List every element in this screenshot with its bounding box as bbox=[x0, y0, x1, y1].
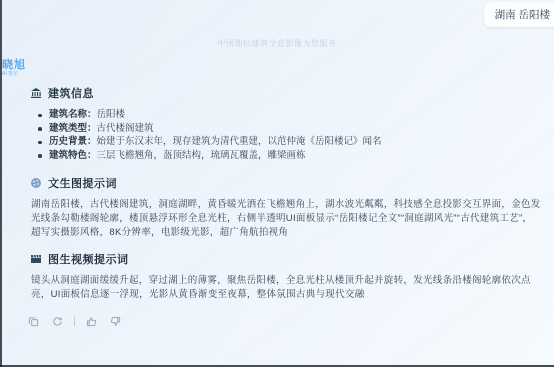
list-item: 历史背景：始建于东汉末年，现存建筑为清代重建，以范仲淹《岳阳楼记》闻名 bbox=[38, 135, 542, 149]
building-info-list: 建筑名称：岳阳楼 建筑类型：古代楼阁建筑 历史背景：始建于东汉末年，现存建筑为清… bbox=[38, 108, 542, 162]
clapperboard-icon bbox=[30, 253, 42, 265]
window-border-left bbox=[0, 0, 2, 367]
image2video-prompt: 镜头从洞庭湖面缓缓升起，穿过湖上的薄雾，聚焦岳阳楼，全息光柱从楼顶升起并旋转，发… bbox=[31, 274, 542, 302]
section-building-info: 建筑信息 bbox=[30, 85, 542, 101]
item-label: 历史背景： bbox=[49, 136, 97, 147]
service-watermark: 中国地标建筑全息影像为您服务 bbox=[0, 38, 554, 49]
user-message-bubble: 湖南 岳阳楼 bbox=[484, 2, 554, 27]
like-icon[interactable] bbox=[84, 314, 99, 329]
action-divider bbox=[74, 316, 75, 326]
assistant-response: 建筑信息 建筑名称：岳阳楼 建筑类型：古代楼阁建筑 历史背景：始建于东汉末年，现… bbox=[30, 85, 542, 329]
item-value: 始建于东汉末年，现存建筑为清代重建，以范仲淹《岳阳楼记》闻名 bbox=[97, 136, 382, 147]
list-item: 建筑名称：岳阳楼 bbox=[38, 108, 542, 122]
section-image2video: 图生视频提示词 bbox=[30, 251, 542, 267]
app-logo-name: 晓旭 bbox=[2, 60, 26, 72]
section-title: 文生图提示词 bbox=[48, 175, 117, 191]
palette-icon bbox=[30, 177, 42, 189]
section-title: 图生视频提示词 bbox=[48, 251, 129, 267]
app-logo: 晓旭 AI笔记 bbox=[2, 60, 26, 77]
section-title: 建筑信息 bbox=[48, 85, 94, 101]
copy-icon[interactable] bbox=[26, 314, 41, 329]
user-message-text: 湖南 岳阳楼 bbox=[495, 9, 550, 21]
item-value: 岳阳楼 bbox=[97, 109, 126, 120]
item-value: 三层飞檐翘角，盔顶结构，琉璃瓦覆盖，雕梁画栋 bbox=[97, 150, 306, 161]
item-label: 建筑名称： bbox=[49, 109, 97, 120]
list-item: 建筑特色：三层飞檐翘角，盔顶结构，琉璃瓦覆盖，雕梁画栋 bbox=[38, 149, 542, 163]
item-label: 建筑类型： bbox=[49, 123, 97, 134]
response-action-bar bbox=[26, 314, 542, 329]
dislike-icon[interactable] bbox=[108, 314, 123, 329]
item-label: 建筑特色： bbox=[49, 150, 97, 161]
app-logo-subtitle: AI笔记 bbox=[2, 72, 26, 77]
item-value: 古代楼阁建筑 bbox=[97, 123, 154, 134]
text2image-prompt: 湖南岳阳楼，古代楼阁建筑，洞庭湖畔，黄昏暖光洒在飞檐翘角上，湖水波光粼粼，科技感… bbox=[31, 198, 542, 239]
bank-building-icon bbox=[30, 87, 42, 99]
section-text2image: 文生图提示词 bbox=[30, 175, 542, 191]
regenerate-icon[interactable] bbox=[50, 314, 65, 329]
list-item: 建筑类型：古代楼阁建筑 bbox=[38, 122, 542, 136]
